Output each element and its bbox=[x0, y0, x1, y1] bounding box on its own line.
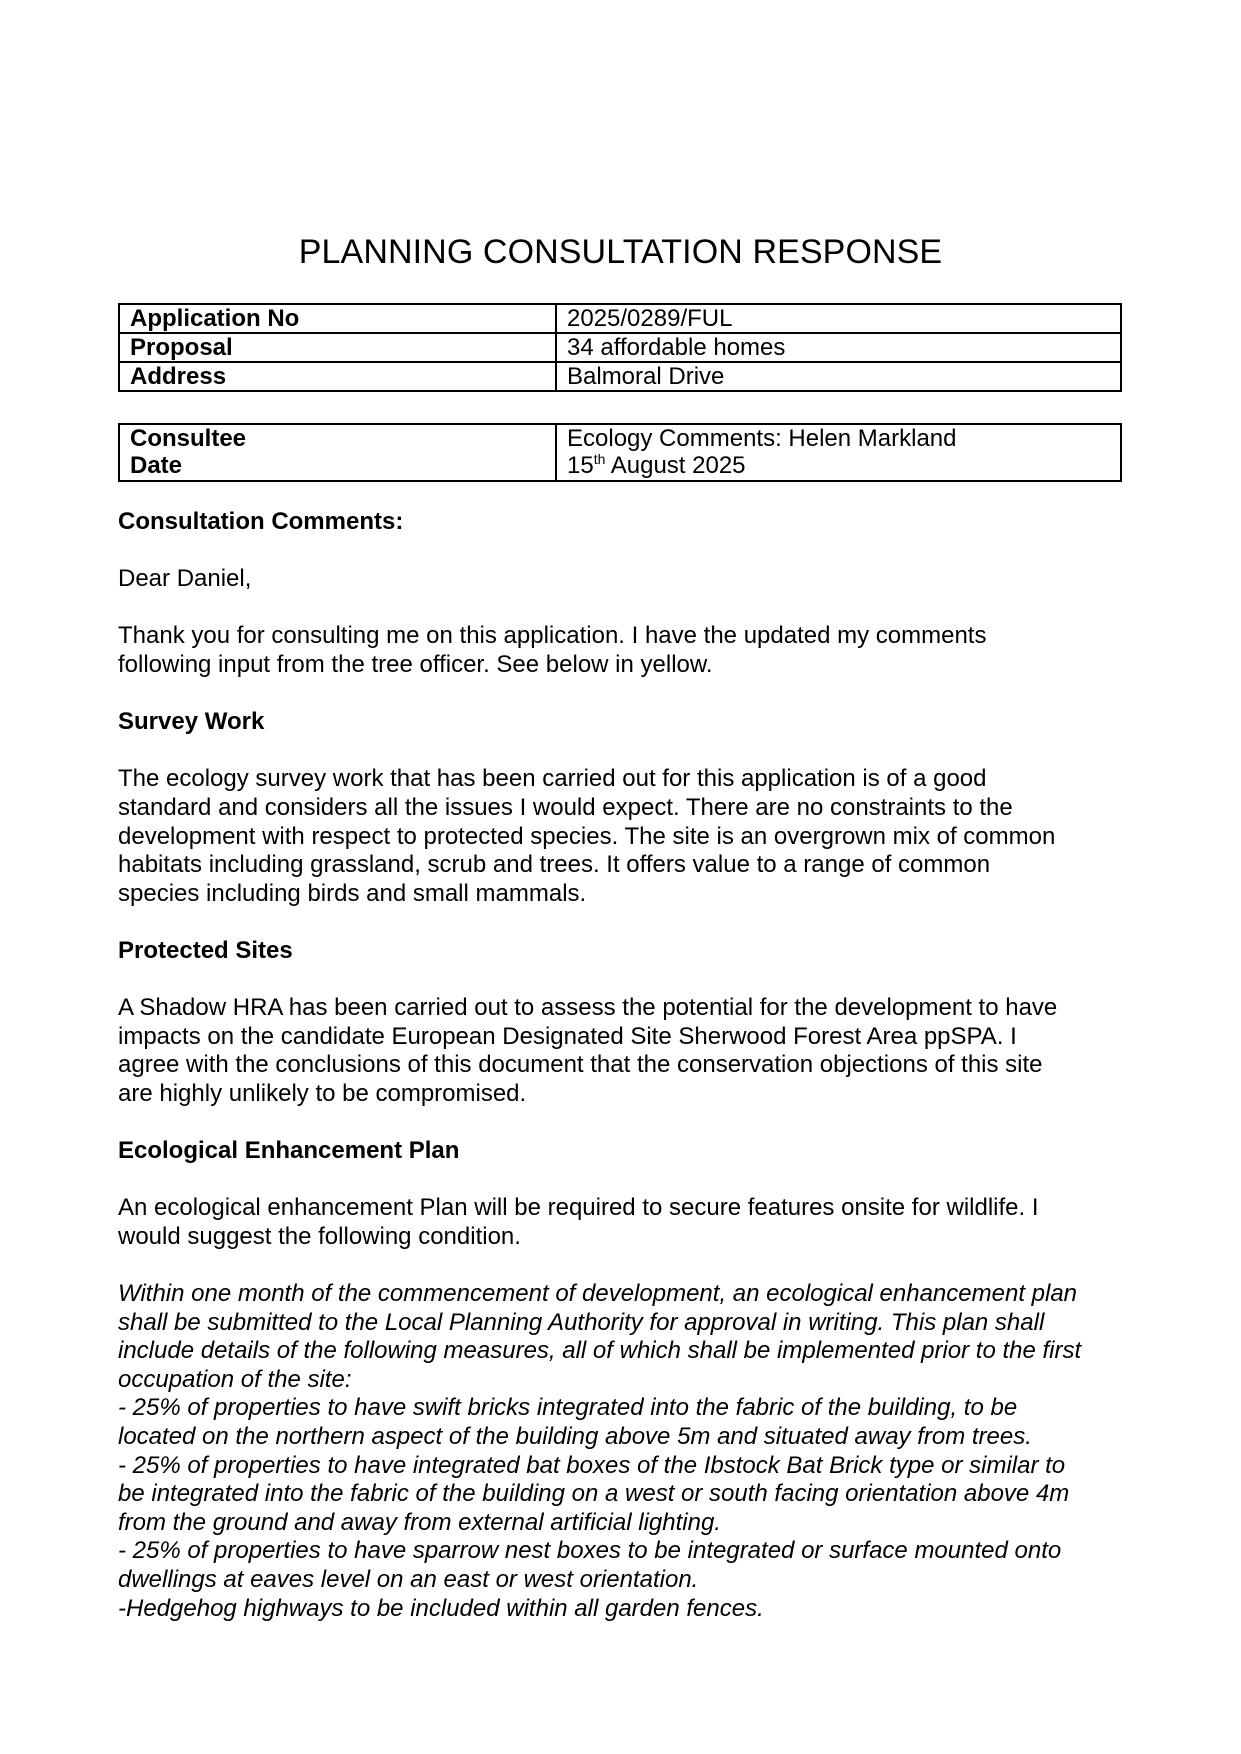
condition-line: occupation of the site: bbox=[118, 1366, 1128, 1395]
date-day: 15 bbox=[567, 452, 594, 479]
condition-bullet-swift-bricks: - 25% of properties to have swift bricks… bbox=[118, 1394, 1128, 1423]
application-no-label: Application No bbox=[119, 304, 556, 333]
application-details-table: Application No 2025/0289/FUL Proposal 34… bbox=[118, 303, 1122, 392]
consultee-labels: Consultee Date bbox=[119, 424, 556, 481]
proposal-label: Proposal bbox=[119, 333, 556, 362]
paragraph-line: A Shadow HRA has been carried out to ass… bbox=[118, 994, 1128, 1023]
comments-heading: Consultation Comments: bbox=[118, 508, 1128, 537]
condition-line: be integrated into the fabric of the bui… bbox=[118, 1480, 1128, 1509]
enhancement-plan-paragraph: An ecological enhancement Plan will be r… bbox=[118, 1194, 1128, 1251]
condition-bullet-hedgehog-highways: -Hedgehog highways to be included within… bbox=[118, 1595, 1128, 1624]
suggested-condition: Within one month of the commencement of … bbox=[118, 1280, 1128, 1623]
proposal-value: 34 affordable homes bbox=[556, 333, 1121, 362]
date-ordinal-suffix: th bbox=[594, 451, 606, 467]
consultee-value: Ecology Comments: Helen Markland bbox=[567, 425, 1110, 452]
date-label: Date bbox=[130, 452, 545, 479]
table-row: Address Balmoral Drive bbox=[119, 362, 1121, 391]
condition-bullet-sparrow-boxes: - 25% of properties to have sparrow nest… bbox=[118, 1537, 1128, 1566]
paragraph-line: The ecology survey work that has been ca… bbox=[118, 765, 1128, 794]
intro-line: Thank you for consulting me on this appl… bbox=[118, 622, 1128, 651]
address-value: Balmoral Drive bbox=[556, 362, 1121, 391]
condition-line: located on the northern aspect of the bu… bbox=[118, 1423, 1128, 1452]
condition-line: from the ground and away from external a… bbox=[118, 1509, 1128, 1538]
condition-line: include details of the following measure… bbox=[118, 1337, 1128, 1366]
paragraph-line: agree with the conclusions of this docum… bbox=[118, 1051, 1128, 1080]
comments-body: Consultation Comments: Dear Daniel, Than… bbox=[118, 508, 1128, 1623]
intro-paragraph: Thank you for consulting me on this appl… bbox=[118, 622, 1128, 679]
paragraph-line: impacts on the candidate European Design… bbox=[118, 1023, 1128, 1052]
paragraph-line: would suggest the following condition. bbox=[118, 1223, 1128, 1252]
salutation: Dear Daniel, bbox=[118, 565, 1128, 594]
paragraph-line: development with respect to protected sp… bbox=[118, 823, 1128, 852]
paragraph-line: An ecological enhancement Plan will be r… bbox=[118, 1194, 1128, 1223]
paragraph-line: are highly unlikely to be compromised. bbox=[118, 1080, 1128, 1109]
paragraph-line: species including birds and small mammal… bbox=[118, 880, 1128, 909]
condition-line: dwellings at eaves level on an east or w… bbox=[118, 1566, 1128, 1595]
intro-line: following input from the tree officer. S… bbox=[118, 651, 1128, 680]
section-heading-survey-work: Survey Work bbox=[118, 708, 1128, 737]
application-no-value: 2025/0289/FUL bbox=[556, 304, 1121, 333]
condition-line: Within one month of the commencement of … bbox=[118, 1280, 1128, 1309]
condition-bullet-bat-boxes: - 25% of properties to have integrated b… bbox=[118, 1452, 1128, 1481]
paragraph-line: standard and considers all the issues I … bbox=[118, 794, 1128, 823]
date-month-year: August 2025 bbox=[605, 452, 745, 479]
protected-sites-paragraph: A Shadow HRA has been carried out to ass… bbox=[118, 994, 1128, 1108]
table-row: Proposal 34 affordable homes bbox=[119, 333, 1121, 362]
address-label: Address bbox=[119, 362, 556, 391]
date-value: 15th August 2025 bbox=[567, 452, 1110, 479]
section-heading-ecological-enhancement-plan: Ecological Enhancement Plan bbox=[118, 1137, 1128, 1166]
condition-line: shall be submitted to the Local Planning… bbox=[118, 1309, 1128, 1338]
page-title: PLANNING CONSULTATION RESPONSE bbox=[0, 232, 1241, 272]
table-row: Consultee Date Ecology Comments: Helen M… bbox=[119, 424, 1121, 481]
table-row: Application No 2025/0289/FUL bbox=[119, 304, 1121, 333]
section-heading-protected-sites: Protected Sites bbox=[118, 937, 1128, 966]
consultee-label: Consultee bbox=[130, 425, 545, 452]
consultee-table: Consultee Date Ecology Comments: Helen M… bbox=[118, 423, 1122, 482]
consultee-values: Ecology Comments: Helen Markland 15th Au… bbox=[556, 424, 1121, 481]
paragraph-line: habitats including grassland, scrub and … bbox=[118, 851, 1128, 880]
survey-work-paragraph: The ecology survey work that has been ca… bbox=[118, 765, 1128, 908]
